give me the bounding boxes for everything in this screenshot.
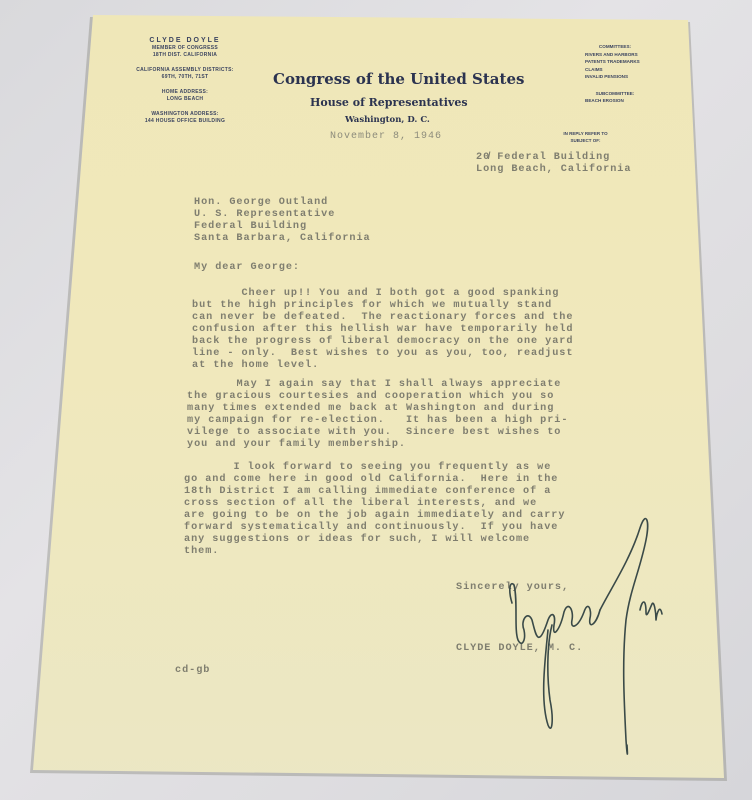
return-address: 20̸ Federal BuildingLong Beach, Californ… [476,152,631,176]
assembly-label: California Assembly Districts: [120,67,250,74]
body-line: my campaign for re-election. It has been… [187,415,568,427]
member-name: Clyde Doyle [120,36,250,45]
committee-item: Patents Trademarks [585,58,685,66]
body-line: the gracious courtesies and cooperation … [187,391,568,403]
body-line: back the progress of liberal democracy o… [192,336,573,348]
recipient-line: Hon. George Outland [194,197,371,209]
body-line: them. [184,546,565,558]
subcommittee-label: Subcommittee: [585,90,645,98]
letterhead-committees: Committees: Rivers and Harbors Patents T… [585,43,685,105]
letter-content: Clyde Doyle Member of Congress 18th Dist… [0,0,752,800]
body-line: but the high principles for which we mut… [192,300,573,312]
assembly-numbers: 69th, 70th, 71st [120,74,250,81]
committee-item: Rivers and Harbors [585,51,685,59]
recipient-address: Hon. George OutlandU. S. RepresentativeF… [194,197,371,245]
reply-line: subject of: [548,137,623,144]
body-line: Cheer up!! You and I both got a good spa… [192,288,573,300]
member-district: 18th Dist. California [120,52,250,59]
committee-item: Claims [585,66,685,74]
recipient-line: Santa Barbara, California [194,233,371,245]
body-line: go and come here in good old California.… [184,474,565,486]
body-line: you and your family membership. [187,439,568,451]
typist-initials: cd-gb [175,665,210,677]
body-line: many times extended me back at Washingto… [187,403,568,415]
body-line: 18th District I am calling immediate con… [184,486,565,498]
body-line: at the home level. [192,360,573,372]
home-address-value: Long Beach [120,96,250,103]
reply-reference: In reply refer to subject of: [548,130,623,144]
body-line: forward systematically and continuously.… [184,522,565,534]
letter-date: November 8, 1946 [330,131,442,142]
letterhead-member-info: Clyde Doyle Member of Congress 18th Dist… [120,36,250,125]
reply-line: In reply refer to [548,130,623,137]
member-title: Member of Congress [120,45,250,52]
body-line: May I again say that I shall always appr… [187,379,568,391]
closing: Sincerely yours, [456,582,569,594]
washington-address-label: Washington Address: [120,111,250,118]
body-line: confusion after this hellish war have te… [192,324,573,336]
body-line: any suggestions or ideas for such, I wil… [184,534,565,546]
letterhead-title: Congress of the United States [273,70,513,88]
letterhead-city: Washington, D. C. [345,115,430,125]
recipient-line: U. S. Representative [194,209,371,221]
body-line: vilege to associate with you. Sincere be… [187,427,568,439]
recipient-line: Federal Building [194,221,371,233]
salutation: My dear George: [194,262,300,274]
committee-item: Invalid Pensions [585,73,685,81]
paragraph-1: Cheer up!! You and I both got a good spa… [192,288,573,372]
return-address-line: 20̸ Federal Building [476,152,631,164]
subcommittee-item: Beach Erosion [585,97,685,105]
body-line: line - only. Best wishes to you as you, … [192,348,573,360]
committees-label: Committees: [585,43,645,51]
body-line: can never be defeated. The reactionary f… [192,312,573,324]
body-line: cross section of all the liberal interes… [184,498,565,510]
body-line: I look forward to seeing you frequently … [184,462,565,474]
paragraph-2: May I again say that I shall always appr… [187,379,568,451]
return-address-line: Long Beach, California [476,164,631,176]
paragraph-3: I look forward to seeing you frequently … [184,462,565,558]
body-line: are going to be on the job again immedia… [184,510,565,522]
washington-address-value: 144 House Office Building [120,118,250,125]
letterhead-subtitle: House of Representatives [310,96,468,109]
home-address-label: Home Address: [120,89,250,96]
signer-name: CLYDE DOYLE, M. C. [456,643,583,655]
